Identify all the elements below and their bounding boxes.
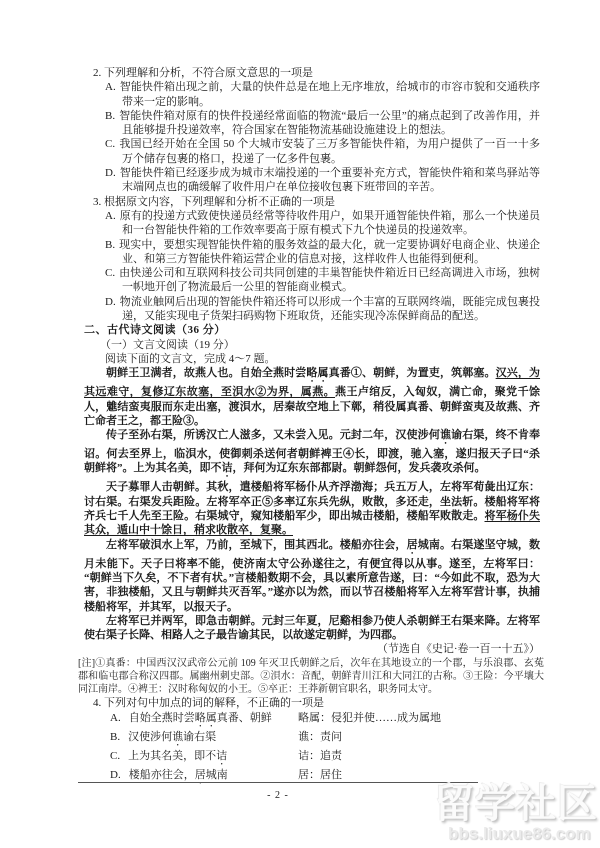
text-segment: 真番①、朝鲜，为置吏，筑鄣塞。	[329, 367, 496, 379]
q4-explanation: 诘：追责	[298, 749, 342, 763]
subsection-title: （一）文言文阅读（19 分）	[100, 338, 540, 352]
question-4-stem: 4. 下列对句中加点的词的解释，不正确的一项是	[93, 696, 540, 710]
dotted-term: 诘	[216, 750, 227, 762]
dotted-term: 略属	[195, 712, 217, 724]
q4-phrase: 汉使涉何谯谕右渠	[128, 731, 216, 743]
text-segment: ，拜何为辽东东部都尉。朝鲜怨何，发兵袭攻杀何。	[233, 462, 486, 474]
passage-paragraph: 天子募罪人击朝鲜。其秋，遣楼船将军杨仆从齐浮渤海；兵五万人，左将军荀彘出辽东：讨…	[84, 480, 540, 537]
q4-phrase: 自始全燕时尝略属真番、朝鲜	[129, 712, 272, 724]
option-label: D.	[105, 296, 116, 308]
question-2-stem: 2. 下列理解和分析，不符合原文意思的一项是	[93, 66, 540, 80]
dotted-term: 诘	[222, 462, 233, 474]
q4-phrase: 上为其名美，即不诘	[128, 750, 227, 762]
text-segment: 城南	[206, 769, 228, 781]
watermark-title: 留学社区	[434, 772, 600, 829]
reading-instruction: 阅读下面的文言文，完成 4～7 题。	[105, 352, 540, 366]
text-segment: 上为其名美，即不	[128, 750, 216, 762]
text-segment: 自始全燕时尝	[129, 712, 195, 724]
option-item: D.智能快件箱已经逐步成为城市末端投递的一个重要补充方式，智能快件箱和菜鸟驿站等…	[84, 166, 540, 195]
q4-option-row: C.上为其名美，即不诘诘：追责	[84, 749, 540, 768]
watermark: 留学社区 bbs.liuxue86.com	[434, 772, 600, 844]
option-item: C.由快递公司和互联网科技公司共同创建的丰巢智能快件箱近日已经高调进入市场，独树…	[84, 266, 540, 295]
option-item: C.我国已经开始在全国 50 个大城市安装了三万多智能快件箱，为用户提供了一百一…	[84, 137, 540, 166]
passage-notes: [注]①真番：中国西汉汉武帝公元前 109 年灭卫氏朝鲜之后，次年在其地设立的一…	[78, 657, 544, 697]
option-label: B.	[105, 239, 115, 251]
option-label: C.	[110, 750, 120, 762]
watermark-url: bbs.liuxue86.com	[434, 824, 600, 844]
q4-option-row: A.自始全燕时尝略属真番、朝鲜略属：侵犯并使……成为属地	[84, 711, 540, 730]
exam-paper-page: { "document": { "q2": { "stem": "2. 下列理解…	[0, 0, 600, 848]
option-label: B.	[105, 110, 115, 122]
text-segment: 朝鲜王卫满者，故燕人也。自始全燕时尝	[106, 367, 306, 379]
option-item: A.原有的投递方式致使快递员经常等待收件用户，如果开通智能快件箱，那么一个快递员…	[84, 209, 540, 238]
text-segment: 传子至孙右渠，所诱汉亡人滋多，又未尝入见。元封二年，汉使涉何	[106, 429, 440, 441]
section-title: 二、古代诗文阅读（36 分）	[84, 323, 540, 337]
option-label: A.	[110, 712, 121, 724]
option-label: C.	[105, 267, 115, 279]
text-segment: 天子募罪人击朝鲜。其秋，遣楼船将军杨仆从齐浮渤海；兵五万人，左将军荀彘出辽东：讨…	[84, 481, 540, 522]
classical-passage: 朝鲜王卫满者，故燕人也。自始全燕时尝略属真番①、朝鲜，为置吏，筑鄣塞。汉兴，为其…	[84, 366, 540, 642]
option-label: D.	[110, 769, 121, 781]
q4-phrase: 楼船亦往会，居城南	[129, 769, 228, 781]
dotted-term: 居	[407, 539, 418, 551]
q4-explanation: 略属：侵犯并使……成为属地	[298, 711, 441, 725]
q4-explanation: 居：居住	[298, 768, 342, 782]
passage-paragraph: 朝鲜王卫满者，故燕人也。自始全燕时尝略属真番①、朝鲜，为置吏，筑鄣塞。汉兴，为其…	[84, 366, 540, 428]
text-segment: 真番、朝鲜	[217, 712, 272, 724]
passage-attribution: （节选自《史记·卷一百一十五》）	[84, 642, 540, 656]
text-segment: 左将军已并两军，即急击朝鲜。元封三年夏，尼谿相参乃使人杀朝鲜王右渠来降。左将军使…	[84, 615, 540, 641]
text-segment: 谕右渠	[183, 731, 216, 743]
page-number: - 2 -	[78, 790, 478, 801]
passage-paragraph: 左将军破浿水上军，乃前，至城下，围其西北。楼船亦往会，居城南。右渠遂坚守城，数月…	[84, 538, 540, 614]
dotted-term: 略属	[306, 367, 328, 379]
option-label: D.	[105, 167, 116, 179]
option-item: B.智能快件箱对原有的快件投递经常面临的物流“最后一公里”的痛点起到了改善作用，…	[84, 109, 540, 138]
question-3-options: A.原有的投递方式致使快递员经常等待收件用户，如果开通智能快件箱，那么一个快递员…	[84, 209, 540, 323]
footer-divider	[78, 782, 478, 783]
text-segment: 楼船亦往会，	[129, 769, 195, 781]
dotted-term: 谯	[172, 731, 183, 743]
text-segment: 汉使涉何	[128, 731, 172, 743]
option-item: D.物流业触网后出现的智能快件箱还将可以形成一个丰富的互联网终端，既能完成包裹投…	[84, 295, 540, 324]
exam-page-content: 2. 下列理解和分析，不符合原文意思的一项是 A.智能快件箱出现之前，大量的快件…	[84, 66, 540, 787]
option-label: B.	[110, 731, 120, 743]
option-label: A.	[105, 210, 116, 222]
q4-explanation: 谯：责问	[298, 730, 342, 744]
dotted-term: 居	[195, 769, 206, 781]
question-2-options: A.智能快件箱出现之前，大量的快件总是在地上无序堆放，给城市的市容市貌和交通秩序…	[84, 80, 540, 194]
dotted-term: 谯	[440, 429, 451, 441]
question-3-stem: 3. 根据原文内容，下列理解和分析不正确的一项是	[93, 195, 540, 209]
passage-paragraph: 左将军已并两军，即急击朝鲜。元封三年夏，尼谿相参乃使人杀朝鲜王右渠来降。左将军使…	[84, 614, 540, 643]
q4-option-row: B.汉使涉何谯谕右渠谯：责问	[84, 730, 540, 749]
passage-paragraph: 传子至孙右渠，所诱汉亡人滋多，又未尝入见。元封二年，汉使涉何谯谕右渠，终不肯奉诏…	[84, 428, 540, 480]
option-label: C.	[105, 138, 115, 150]
option-item: B.现实中，要想实现智能快件箱的服务效益的最大化，就一定要协调好电商企业、快递企…	[84, 238, 540, 267]
text-segment: 左将军破浿水上军，乃前，至城下，围其西北。楼船亦往会，	[106, 539, 407, 551]
option-item: A.智能快件箱出现之前，大量的快件总是在地上无序堆放，给城市的市容市貌和交通秩序…	[84, 80, 540, 109]
option-label: A.	[105, 81, 116, 93]
